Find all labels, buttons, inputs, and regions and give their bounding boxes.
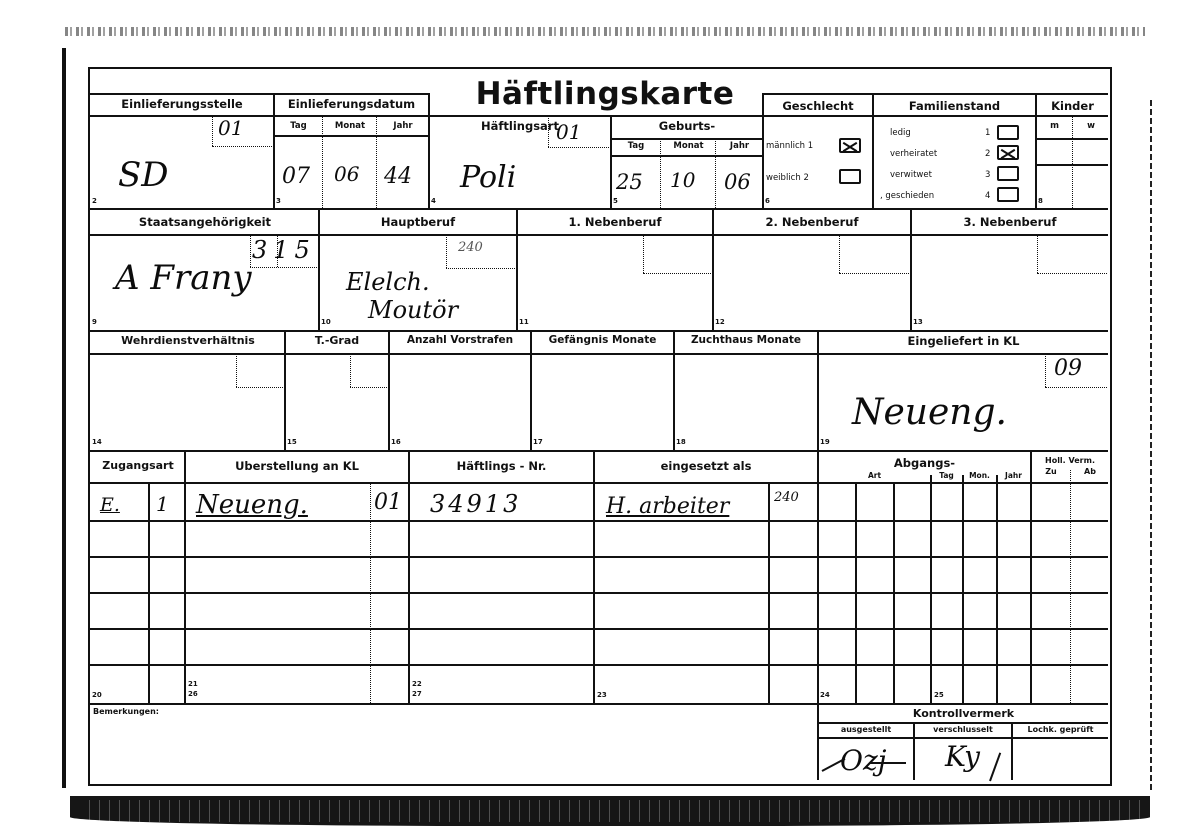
subheader-geburt-jahr: Jahr — [717, 141, 762, 151]
subheader-tag: Tag — [275, 121, 322, 131]
grid-line — [250, 267, 317, 268]
subheader-abgangs-jahr: Jahr — [997, 471, 1030, 480]
grid-line — [817, 737, 1108, 739]
entry-haeftlingsart: Poli — [460, 160, 516, 195]
subheader-monat: Monat — [324, 121, 376, 131]
subheader-verschlusselt: verschlusselt — [915, 725, 1011, 734]
entry-ueberstellung: Neueng. — [196, 490, 308, 520]
header-wehrdienst: Wehrdienstverhältnis — [92, 334, 284, 347]
grid-line — [930, 475, 932, 703]
grid-line — [148, 482, 150, 703]
header-geburts: Geburts- — [612, 119, 762, 133]
grid-line — [90, 330, 1108, 332]
entry-hauptberuf-code: 240 — [458, 240, 483, 255]
field-number: 19 — [820, 438, 830, 446]
field-number: 18 — [676, 438, 686, 446]
entry-hauptberuf-line1: Elelch. — [346, 268, 430, 296]
grid-line — [1030, 450, 1032, 703]
grid-line — [376, 116, 377, 208]
field-number: 20 — [92, 691, 102, 699]
grid-line — [184, 450, 186, 703]
grid-line — [446, 235, 447, 268]
grid-line — [893, 482, 895, 703]
header-kinder: Kinder — [1037, 99, 1108, 113]
header-hauptberuf: Hauptberuf — [320, 215, 516, 229]
field-number: 16 — [391, 438, 401, 446]
header-familienstand: Familienstand — [874, 99, 1035, 113]
header-einlieferungsdatum: Einlieferungsdatum — [275, 97, 428, 111]
entry-hauptberuf-line2: Moutör — [368, 296, 458, 324]
header-zuchthaus: Zuchthaus Monate — [675, 334, 817, 346]
header-nebenberuf-2: 2. Nebenberuf — [714, 215, 910, 229]
grid-line — [212, 146, 272, 147]
option-weiblich-label: weiblich 2 — [766, 173, 809, 183]
subheader-kinder-m: m — [1037, 121, 1072, 131]
option-geschieden-label: , geschieden — [880, 191, 934, 201]
header-nebenberuf-3: 3. Nebenberuf — [912, 215, 1108, 229]
checkbox-ledig[interactable] — [997, 125, 1019, 140]
subheader-ab: Ab — [1072, 467, 1108, 476]
grid-line — [763, 93, 1108, 95]
field-number: 6 — [765, 197, 770, 205]
header-staatsangehoerigkeit: Staatsangehörigkeit — [92, 215, 318, 229]
subheader-ausgestellt: ausgestellt — [819, 725, 913, 734]
grid-line — [962, 475, 964, 703]
entry-ueberstellung-code: 01 — [374, 490, 402, 515]
scan-edge-top — [65, 27, 1145, 36]
grid-line — [90, 592, 1108, 594]
grid-line — [90, 93, 430, 95]
field-number: 13 — [913, 318, 923, 326]
grid-line — [593, 450, 595, 703]
grid-line — [90, 520, 1108, 522]
grid-line — [643, 273, 711, 274]
grid-line — [1072, 116, 1073, 208]
entry-haeftlingsart-code: 01 — [556, 120, 581, 144]
header-haeftlings-nr: Häftlings - Nr. — [410, 459, 593, 473]
grid-line — [273, 135, 428, 137]
label-bemerkungen: Bemerkungen: — [93, 707, 159, 716]
card-title: Häftlingskarte — [455, 76, 755, 112]
header-tgrad: T.-Grad — [286, 334, 388, 347]
field-number: 12 — [715, 318, 725, 326]
entry-einlieferungsstelle-code: 01 — [218, 116, 243, 140]
header-gefaengnis: Gefängnis Monate — [532, 334, 673, 346]
entry-einlieferung-tag: 07 — [282, 164, 310, 189]
grid-line — [90, 664, 1108, 666]
scan-edge-bottom — [70, 796, 1150, 826]
header-ueberstellung: Uberstellung an KL — [186, 459, 408, 473]
entry-einlieferungsstelle: SD — [118, 155, 169, 195]
grid-line — [817, 450, 819, 703]
grid-line — [1037, 273, 1107, 274]
entry-einlieferung-monat: 06 — [334, 162, 359, 186]
grid-line — [715, 139, 716, 208]
grid-line — [350, 387, 387, 388]
entry-staatsangehoerigkeit-code: 315 — [252, 236, 316, 264]
header-einlieferungsstelle: Einlieferungsstelle — [92, 97, 272, 111]
entry-zugangsart: E. — [100, 494, 120, 516]
field-number: 26 — [188, 690, 198, 698]
entry-geburt-tag: 25 — [616, 170, 643, 194]
grid-line — [660, 139, 661, 208]
option-ledig-label: ledig — [890, 128, 911, 138]
grid-line — [408, 450, 410, 703]
field-number: 17 — [533, 438, 543, 446]
grid-line — [673, 330, 675, 450]
grid-line — [284, 330, 286, 450]
grid-line — [90, 450, 1108, 452]
checkbox-weiblich[interactable] — [839, 169, 861, 184]
grid-line — [530, 330, 532, 450]
field-number: 23 — [597, 691, 607, 699]
grid-line — [428, 93, 430, 208]
header-kontrollvermerk: Kontrollvermerk — [819, 707, 1108, 720]
field-number: 25 — [934, 691, 944, 699]
entry-haeftlings-nr: 34913 — [430, 490, 521, 518]
subheader-abgangs-mon: Mon. — [963, 471, 996, 480]
header-eingeliefert-kl: Eingeliefert in KL — [819, 334, 1108, 348]
header-vorstrafen: Anzahl Vorstrafen — [390, 334, 530, 346]
grid-line — [855, 482, 857, 703]
entry-eingesetzt-code: 240 — [774, 490, 799, 505]
grid-line — [817, 722, 1108, 724]
grid-line — [643, 235, 644, 273]
signature-verschlusselt: Ky — [945, 740, 980, 773]
bemerkungen-area[interactable] — [92, 718, 816, 778]
checkbox-maennlich[interactable] — [839, 138, 861, 153]
header-geschlecht: Geschlecht — [764, 99, 872, 113]
header-eingesetzt-als: eingesetzt als — [595, 459, 817, 473]
option-verwitwet-code: 3 — [985, 170, 990, 180]
grid-line — [446, 268, 515, 269]
option-verwitwet-label: verwitwet — [890, 170, 932, 180]
field-number: 4 — [431, 197, 436, 205]
entry-geburt-jahr: 06 — [724, 170, 751, 194]
option-verheiratet-code: 2 — [985, 149, 990, 159]
subheader-lochk-geprueft: Lochk. geprüft — [1013, 725, 1108, 734]
header-zugangsart: Zugangsart — [92, 459, 184, 472]
subheader-abgangs-art: Art — [856, 471, 893, 480]
field-number: 22 — [412, 680, 422, 688]
scan-edge-left — [62, 48, 66, 788]
grid-line — [90, 482, 1108, 484]
grid-line — [817, 330, 819, 450]
grid-line — [90, 234, 1108, 236]
grid-line — [90, 628, 1108, 630]
subheader-abgangs-tag: Tag — [931, 471, 962, 480]
grid-line — [90, 353, 1108, 355]
grid-line — [90, 208, 1108, 210]
grid-line — [388, 330, 390, 450]
grid-line — [1045, 387, 1107, 388]
grid-line — [768, 482, 770, 703]
grid-line — [236, 387, 283, 388]
field-number: 27 — [412, 690, 422, 698]
field-number: 15 — [287, 438, 297, 446]
option-maennlich-label: männlich 1 — [766, 141, 813, 151]
grid-line — [610, 138, 762, 140]
grid-line — [322, 116, 323, 208]
field-number: 11 — [519, 318, 529, 326]
entry-zugangsart-code: 1 — [156, 492, 169, 516]
checkbox-verheiratet[interactable] — [997, 145, 1019, 160]
field-number: 10 — [321, 318, 331, 326]
subheader-zu: Zu — [1032, 467, 1070, 476]
field-number: 14 — [92, 438, 102, 446]
entry-eingeliefert-kl-code: 09 — [1054, 356, 1082, 381]
field-number: 5 — [613, 197, 618, 205]
field-number: 24 — [820, 691, 830, 699]
checkbox-geschieden[interactable] — [997, 187, 1019, 202]
entry-einlieferung-jahr: 44 — [384, 164, 412, 189]
entry-eingeliefert-kl: Neueng. — [852, 392, 1007, 433]
field-number: 2 — [92, 197, 97, 205]
header-holl-verm: Holl. Verm. — [1032, 456, 1108, 465]
option-verheiratet-label: verheiratet — [890, 149, 937, 159]
grid-line — [610, 155, 762, 157]
grid-line — [212, 116, 213, 146]
grid-line — [90, 703, 1108, 705]
scan-edge-right — [1150, 100, 1152, 790]
field-number: 21 — [188, 680, 198, 688]
grid-line — [1070, 470, 1071, 703]
header-nebenberuf-1: 1. Nebenberuf — [518, 215, 712, 229]
grid-line — [870, 762, 906, 764]
grid-line — [350, 354, 351, 387]
grid-line — [1037, 235, 1038, 273]
field-number: 8 — [1038, 197, 1043, 205]
option-ledig-code: 1 — [985, 128, 990, 138]
subheader-geburt-tag: Tag — [612, 141, 660, 151]
option-geschieden-code: 4 — [985, 191, 990, 201]
grid-line — [996, 475, 998, 703]
grid-line — [839, 235, 840, 273]
entry-eingesetzt-als: H. arbeiter — [606, 494, 729, 519]
field-number: 9 — [92, 318, 97, 326]
header-abgangs: Abgangs- — [819, 456, 1030, 470]
signature-ausgestellt: Ozj — [840, 744, 886, 777]
grid-line — [1045, 354, 1046, 387]
entry-geburt-monat: 10 — [670, 168, 695, 192]
grid-line — [548, 147, 609, 148]
header-haeftlingsart: Häftlingsart — [430, 119, 610, 133]
grid-line — [236, 354, 237, 387]
grid-line — [839, 273, 909, 274]
entry-staatsangehoerigkeit: A Frany — [115, 258, 252, 298]
subheader-geburt-monat: Monat — [662, 141, 715, 151]
checkbox-verwitwet[interactable] — [997, 166, 1019, 181]
grid-line — [370, 482, 371, 703]
grid-line — [90, 556, 1108, 558]
subheader-kinder-w: w — [1074, 121, 1108, 131]
subheader-jahr: Jahr — [378, 121, 428, 131]
field-number: 3 — [276, 197, 281, 205]
